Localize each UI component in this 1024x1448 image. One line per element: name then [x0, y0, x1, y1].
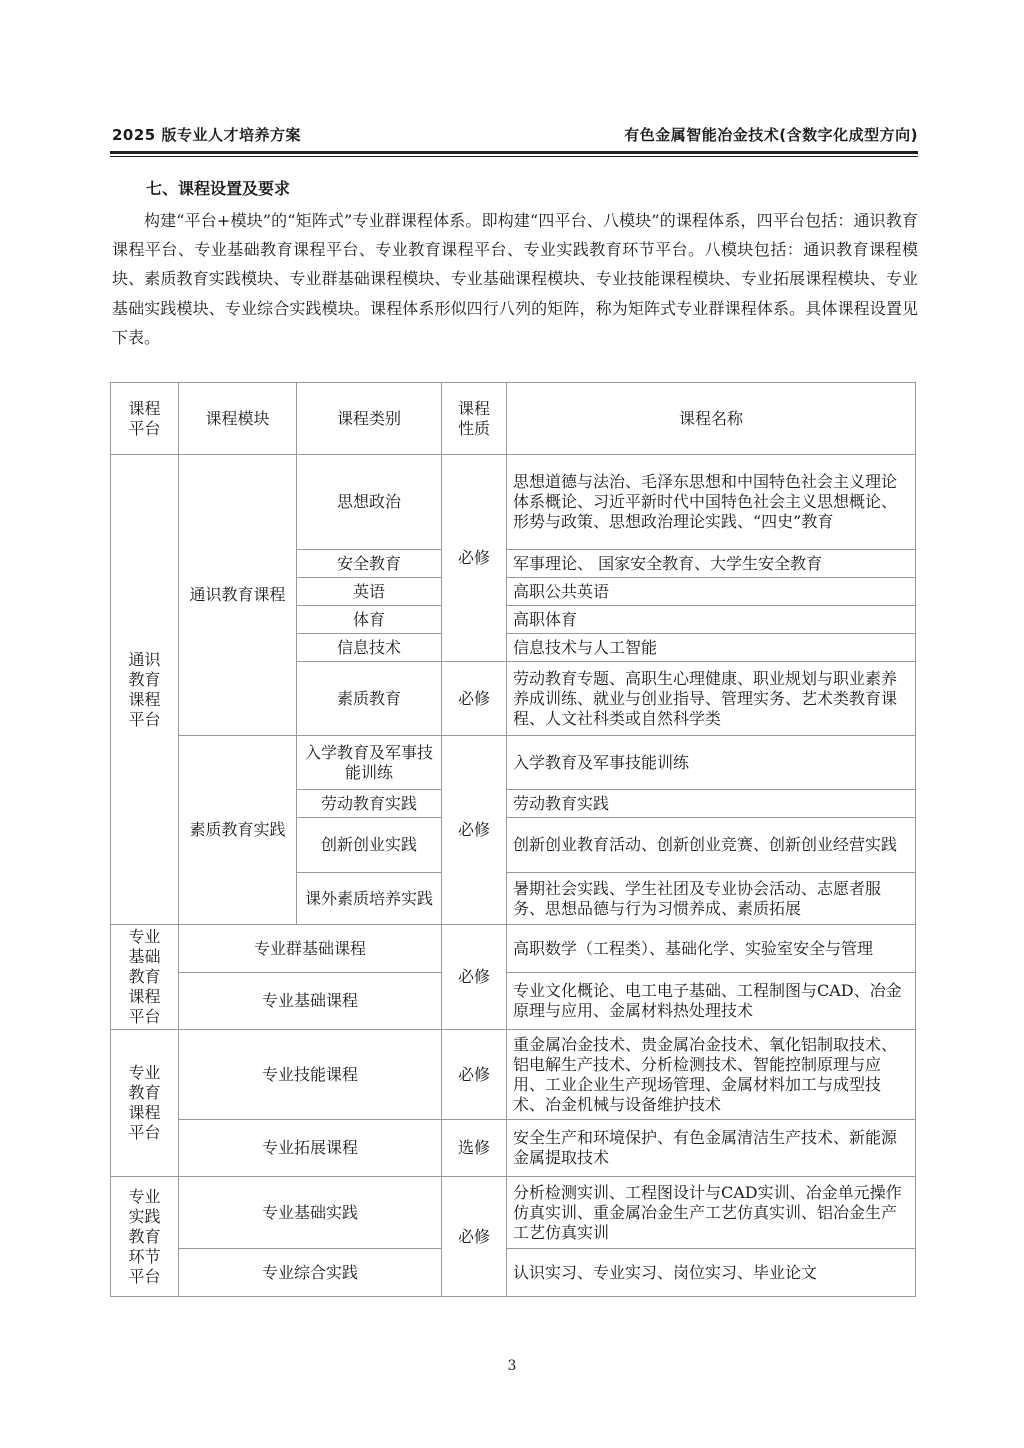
- header-category: 课程类别: [297, 383, 442, 455]
- nature-cell: 必修: [442, 662, 507, 736]
- table-row: 专业教育课程平台 专业技能课程 必修 重金属冶金技术、贵金属冶金技术、氧化铝制取…: [111, 1030, 916, 1120]
- platform-cell: 专业实践教育环节平台: [111, 1177, 179, 1297]
- header-nature: 课程性质: [442, 383, 507, 455]
- table-row: 专业基础课程 专业文化概论、电工电子基础、工程制图与CAD、冶金原理与应用、金属…: [111, 973, 916, 1030]
- category-cell: 安全教育: [297, 550, 442, 578]
- table-row: 专业实践教育环节平台 专业基础实践 必修 分析检测实训、工程图设计与CAD实训、…: [111, 1177, 916, 1249]
- courses-cell: 重金属冶金技术、贵金属冶金技术、氧化铝制取技术、铝电解生产技术、分析检测技术、智…: [507, 1030, 916, 1120]
- category-cell: 课外素质培养实践: [297, 873, 442, 925]
- courses-cell: 暑期社会实践、学生社团及专业协会活动、志愿者服务、思想品德与行为习惯养成、素质拓…: [507, 873, 916, 925]
- courses-cell: 高职数学（工程类）、基础化学、实验室安全与管理: [507, 925, 916, 973]
- nature-cell: 必修: [442, 455, 507, 662]
- courses-cell: 劳动教育实践: [507, 790, 916, 818]
- table-row: 专业综合实践 认识实习、专业实习、岗位实习、毕业论文: [111, 1249, 916, 1297]
- courses-cell: 专业文化概论、电工电子基础、工程制图与CAD、冶金原理与应用、金属材料热处理技术: [507, 973, 916, 1030]
- platform-cell: 通识教育课程平台: [111, 455, 179, 925]
- courses-cell: 认识实习、专业实习、岗位实习、毕业论文: [507, 1249, 916, 1297]
- header-rule-thick: [110, 151, 918, 154]
- courses-cell: 劳动教育专题、高职生心理健康、职业规划与职业素养养成训练、就业与创业指导、管理实…: [507, 662, 916, 736]
- module-cell: 专业技能课程: [179, 1030, 442, 1120]
- courses-cell: 高职公共英语: [507, 578, 916, 606]
- category-cell: 思想政治: [297, 455, 442, 550]
- running-header: 2025 版专业人才培养方案 有色金属智能冶金技术(含数字化成型方向): [112, 124, 918, 148]
- category-cell: 体育: [297, 606, 442, 634]
- category-cell: 劳动教育实践: [297, 790, 442, 818]
- courses-cell: 安全生产和环境保护、有色金属清洁生产技术、新能源金属提取技术: [507, 1120, 916, 1177]
- nature-cell: 必修: [442, 1177, 507, 1297]
- courses-cell: 思想道德与法治、毛泽东思想和中国特色社会主义理论体系概论、习近平新时代中国特色社…: [507, 455, 916, 550]
- platform-cell: 专业教育课程平台: [111, 1030, 179, 1177]
- header-module: 课程模块: [179, 383, 297, 455]
- table-row: 专业基础教育课程平台 专业群基础课程 必修 高职数学（工程类）、基础化学、实验室…: [111, 925, 916, 973]
- table-row: 通识教育课程平台 通识教育课程 思想政治 必修 思想道德与法治、毛泽东思想和中国…: [111, 455, 916, 550]
- module-cell: 通识教育课程: [179, 455, 297, 736]
- module-cell: 专业基础实践: [179, 1177, 442, 1249]
- header-left-title: 2025 版专业人才培养方案: [112, 124, 301, 145]
- nature-cell: 必修: [442, 736, 507, 925]
- nature-cell: 必修: [442, 1030, 507, 1120]
- section-title: 七、课程设置及要求: [146, 176, 290, 199]
- platform-cell: 专业基础教育课程平台: [111, 925, 179, 1030]
- category-cell: 创新创业实践: [297, 818, 442, 873]
- header-course-names: 课程名称: [507, 383, 916, 455]
- header-rule-thin: [110, 156, 918, 157]
- category-cell: 英语: [297, 578, 442, 606]
- section-paragraph: 构建“平台+模块”的“矩阵式”专业群课程体系。即构建“四平台、八模块”的课程体系…: [112, 206, 918, 352]
- module-cell: 专业综合实践: [179, 1249, 442, 1297]
- module-cell: 专业基础课程: [179, 973, 442, 1030]
- module-cell: 素质教育实践: [179, 736, 297, 925]
- courses-cell: 分析检测实训、工程图设计与CAD实训、冶金单元操作仿真实训、重金属冶金生产工艺仿…: [507, 1177, 916, 1249]
- category-cell: 入学教育及军事技能训练: [297, 736, 442, 790]
- courses-cell: 创新创业教育活动、创新创业竞赛、创新创业经营实践: [507, 818, 916, 873]
- courses-cell: 入学教育及军事技能训练: [507, 736, 916, 790]
- courses-cell: 高职体育: [507, 606, 916, 634]
- category-cell: 信息技术: [297, 634, 442, 662]
- module-cell: 专业群基础课程: [179, 925, 442, 973]
- nature-cell: 选修: [442, 1120, 507, 1177]
- header-platform: 课程平台: [111, 383, 179, 455]
- courses-cell: 信息技术与人工智能: [507, 634, 916, 662]
- category-cell: 素质教育: [297, 662, 442, 736]
- curriculum-table: 课程平台 课程模块 课程类别 课程性质 课程名称 通识教育课程平台 通识教育课程…: [110, 382, 916, 1297]
- header-right-title: 有色金属智能冶金技术(含数字化成型方向): [624, 124, 918, 145]
- table-header-row: 课程平台 课程模块 课程类别 课程性质 课程名称: [111, 383, 916, 455]
- module-cell: 专业拓展课程: [179, 1120, 442, 1177]
- table-row: 素质教育实践 入学教育及军事技能训练 必修 入学教育及军事技能训练: [111, 736, 916, 790]
- courses-cell: 军事理论、 国家安全教育、大学生安全教育: [507, 550, 916, 578]
- table-row: 专业拓展课程 选修 安全生产和环境保护、有色金属清洁生产技术、新能源金属提取技术: [111, 1120, 916, 1177]
- page-number: 3: [0, 1358, 1024, 1374]
- nature-cell: 必修: [442, 925, 507, 1030]
